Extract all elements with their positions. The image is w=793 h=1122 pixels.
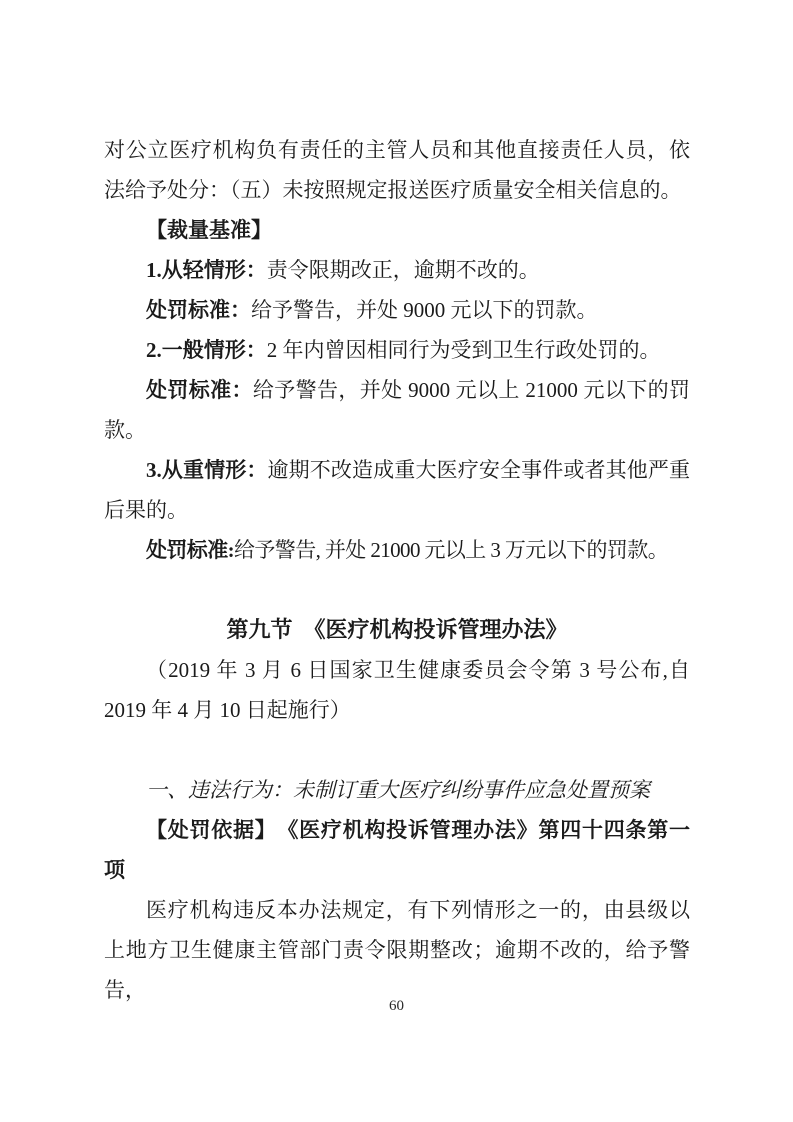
document-page: 对公立医疗机构负有责任的主管人员和其他直接责任人员，依法给予处分：（五）未按照规… [0,0,793,1122]
run-in-label: 3.从重情形： [146,458,268,482]
run-in-label: 处罚标准： [146,378,253,402]
page-number: 60 [0,996,793,1016]
section-subtitle: （2019 年 3 月 6 日国家卫生健康委员会令第 3 号公布,自 2019 … [104,650,690,730]
paragraph-text: 给予警告，并处 9000 元以下的罚款。 [251,298,598,322]
paragraph-penalty-standard-2: 处罚标准：给予警告，并处 9000 元以上 21000 元以下的罚款。 [104,370,690,450]
paragraph-severe-case: 3.从重情形：逾期不改造成重大医疗安全事件或者其他严重后果的。 [104,450,690,530]
subtitle-text: （2019 年 3 月 6 日国家卫生健康委员会令第 3 号公布,自 2019 … [104,658,690,722]
run-in-label: 处罚标准: [146,538,234,562]
heading-discretion-criteria: 【裁量基准】 [104,210,690,250]
page-content: 对公立医疗机构负有责任的主管人员和其他直接责任人员，依法给予处分：（五）未按照规… [104,130,690,1010]
run-in-label: 2.一般情形： [146,338,267,362]
paragraph-general-case: 2.一般情形：2 年内曾因相同行为受到卫生行政处罚的。 [104,330,690,370]
paragraph-text: 【处罚依据】 《医疗机构投诉管理办法》第四十四条第一项 [104,818,690,882]
paragraph-continuation: 对公立医疗机构负有责任的主管人员和其他直接责任人员，依法给予处分：（五）未按照规… [104,130,690,210]
paragraph-penalty-standard-1: 处罚标准：给予警告，并处 9000 元以下的罚款。 [104,290,690,330]
paragraph-text: 一、违法行为：未制订重大医疗纠纷事件应急处置预案 [146,778,650,802]
violation-behavior-line: 一、违法行为：未制订重大医疗纠纷事件应急处置预案 [104,770,690,810]
heading-text: 【裁量基准】 [146,218,272,242]
paragraph-text: 2 年内曾因相同行为受到卫生行政处罚的。 [267,338,661,362]
regulation-body-paragraph: 医疗机构违反本办法规定，有下列情形之一的，由县级以上地方卫生健康主管部门责令限期… [104,890,690,1010]
paragraph-penalty-standard-3: 处罚标准:给予警告, 并处 21000 元以上 3 万元以下的罚款。 [104,530,690,570]
paragraph-text: 对公立医疗机构负有责任的主管人员和其他直接责任人员，依法给予处分：（五）未按照规… [104,138,690,202]
run-in-label: 1.从轻情形： [146,258,267,282]
paragraph-lenient-case: 1.从轻情形：责令限期改正，逾期不改的。 [104,250,690,290]
run-in-label: 处罚标准： [146,298,251,322]
paragraph-text: 给予警告, 并处 21000 元以上 3 万元以下的罚款。 [234,538,668,562]
paragraph-text: 责令限期改正，逾期不改的。 [267,258,540,282]
paragraph-text: 医疗机构违反本办法规定，有下列情形之一的，由县级以上地方卫生健康主管部门责令限期… [104,898,690,1002]
section-title: 第九节 《医疗机构投诉管理办法》 [104,610,690,650]
penalty-basis-line: 【处罚依据】 《医疗机构投诉管理办法》第四十四条第一项 [104,810,690,890]
